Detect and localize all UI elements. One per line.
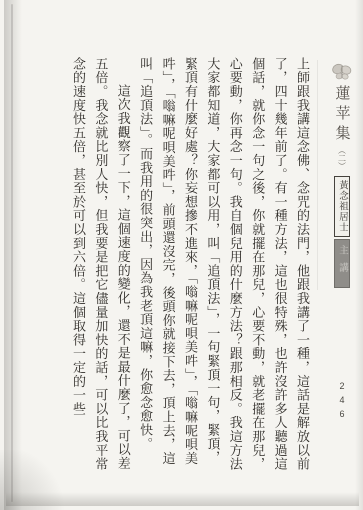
page-number: 246 — [337, 381, 347, 423]
margin-header: 蓮苹集 （二） 黃念祖居士 主講 — [328, 62, 356, 288]
page-left-edge-shadow — [4, 0, 22, 510]
page-crease-line — [317, 60, 318, 290]
page-right-edge-shadow — [355, 0, 363, 510]
author-label-box: 黃念祖居士 — [334, 176, 350, 237]
speaker-stamp-box: 主講 — [334, 239, 350, 288]
book-title: 蓮苹集 — [332, 85, 353, 145]
volume-label: （二） — [337, 146, 348, 170]
page-corner-shadow — [0, 450, 70, 510]
page-left-edge-line — [11, 4, 13, 502]
paragraph-1: 上師跟我講這念佛、念咒的法門，他跟我講了一種，這話是解放以前了，四十幾年前了。有… — [134, 57, 313, 471]
body-text: 上師跟我講這念佛、念咒的法門，他跟我講了一種，這話是解放以前了，四十幾年前了。有… — [67, 57, 313, 471]
book-page-scan: 蓮苹集 （二） 黃念祖居士 主講 上師跟我講這念佛、念咒的法門，他跟我講了一種，… — [0, 0, 363, 510]
butterfly-ornament-icon — [331, 62, 353, 82]
paragraph-2: 這次我觀察了一下，這個速度的變化，還不是最什麼了，可以差五倍。我念就比別人快，但… — [67, 57, 134, 471]
